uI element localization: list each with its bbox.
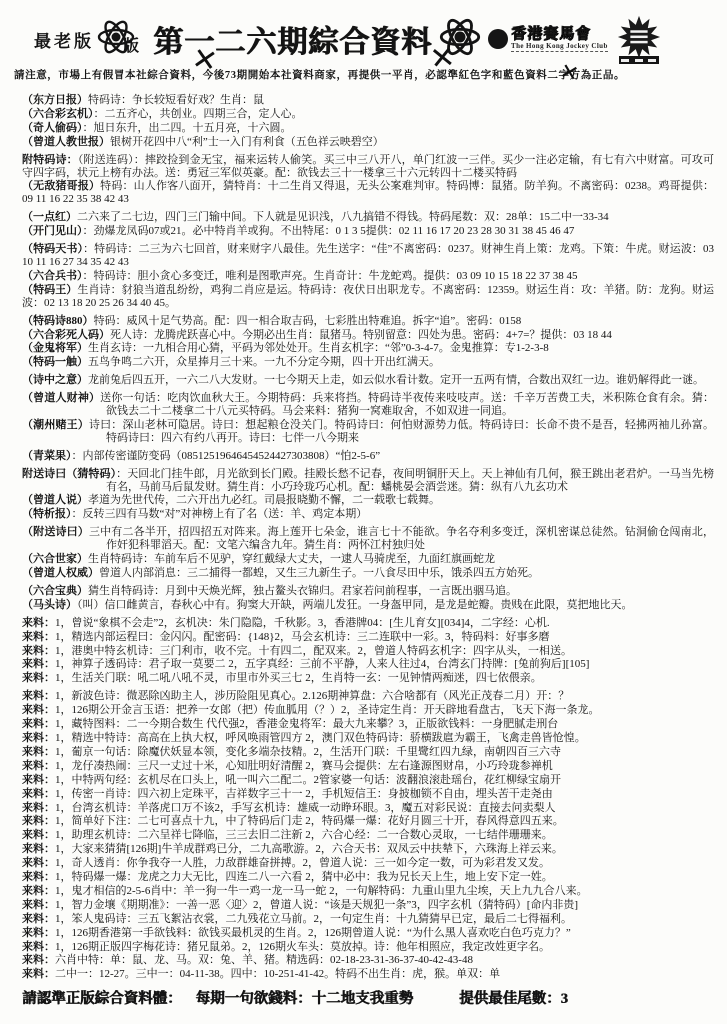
text-line: 来料：1，精选中特诗：高高在上执大权，呼风唤雨管四方 2，澳门双色特码诗：骄横跋…	[22, 732, 714, 745]
line-label: （曾道人财神）	[22, 392, 100, 404]
hkjc-name-en: The Hong Kong Jockey Club	[511, 42, 608, 50]
line-label: （诗中之意）	[22, 374, 88, 386]
line-label: 来料：	[22, 788, 55, 800]
text-line: 来料：1，曾说“象棋不会走”2，玄机决：朱门隐隐，千秋影。3，香港牌04：[生儿…	[22, 617, 714, 630]
text-line: （六合宝典）猜生肖特码诗：月到中天焕光辉，独占鳌头衣锦归。君家若问前程事，一言既…	[22, 585, 714, 598]
line-label: （东方日报）	[22, 94, 88, 106]
line-label: 来料：	[22, 732, 55, 744]
line-label: 来料：	[22, 704, 55, 716]
line-label: （六合彩玄机）	[22, 108, 94, 120]
text-line: 来料：1，126期香港第一手欲钱料：欲钱买最机灵的生肖。2，126期曾道人说：“…	[22, 927, 714, 940]
text-line: （东方日报）特码诗：争长较短看好戏？生肖：鼠	[22, 94, 714, 107]
line-label: 来料：	[22, 843, 55, 855]
line-label: 附特码诗：	[22, 154, 78, 166]
line-label: 来料：	[22, 857, 55, 869]
footer-best-tail-number: 提供最佳尾數：3	[459, 987, 568, 1008]
text-line: （奇人偷码）：旭日东升，出二四。十五月亮，十六圆。	[22, 122, 714, 135]
line-label: （无敌猪哥报）	[22, 180, 100, 192]
footer-line: 請認準正版綜合資料體： 每期一句欲錢料：十二地支我重勢 提供最佳尾數：3	[22, 987, 719, 1008]
line-label: 来料：	[22, 760, 55, 772]
line-label: 来料：	[22, 927, 55, 939]
text-line: （潮州赌王）诗曰：深山老林可隐居。诗曰：想起粮仓没关门。特码诗曰：何怕财源势力低…	[22, 419, 714, 445]
text-line: 来料：1，奇人透肖：你争我夺一人胜，力敌群雄奋拼搏。2，曾道人说：三一如今定一数…	[22, 857, 714, 870]
stamp-bar-icon	[619, 56, 659, 64]
line-label: 来料：	[22, 954, 55, 966]
line-label: 来料：	[22, 815, 55, 827]
line-label: 来料：	[22, 690, 55, 702]
text-line: 附特码诗：（附送连码）：摔跤捡到金无宝，福来运转人偷笑。买三中三八开八，单门红波…	[22, 154, 714, 180]
flower-logo-icon	[438, 15, 482, 64]
line-label: 来料：	[22, 885, 55, 897]
text-line: （附送诗曰）三中有二各半开，招四招五对阵来。海上莲开七朵金，谁言七十不能欲。争名…	[22, 526, 714, 552]
line-label: 来料：	[22, 718, 55, 730]
line-label: （曾道人说）	[22, 494, 88, 506]
text-line: （六合彩死人码）死人诗：龙腾虎跃喜心中。今期必出生肖：鼠猪马。特别留意：四处为患…	[22, 329, 714, 342]
line-label: 来料：	[22, 672, 55, 684]
line-label: （特析报）	[22, 508, 72, 520]
line-label: （开门见山）	[22, 225, 83, 237]
line-label: 来料：	[22, 774, 55, 786]
text-line: 来料：1，笨人鬼码诗：三五飞絮沾衣裳，二九残花立马前。2，一句定生肖：十九猜猜早…	[22, 913, 714, 926]
notice-line: 請注意，市場上有假冒本社綜合資料，今後73期開始本社資料商家，再提供一平肖，必認…	[0, 64, 727, 82]
text-line: 附送诗曰（猜特码）：天回北门挂牛郎，月光欲到长门殿。挂殿长愁不记春，夜间明铜肝天…	[22, 468, 714, 494]
text-line: （曾道人说）孝道为先世代传，二六开出九必红。司晨报晓勤不懈，二一载歌七载舞。	[22, 494, 714, 507]
line-label: （六合兵书）	[22, 270, 83, 282]
hkjc-dot-icon	[488, 29, 508, 49]
text-line: （六合彩玄机）：二五齐心，共创业。四期三合，定人心。	[22, 108, 714, 121]
line-label: （曾道人权威）	[22, 567, 99, 579]
page-title: 第一二六期綜合資料	[153, 17, 432, 61]
text-line: 来料：二中一：12-27。三中一：04-11-38。四中：10-251-41-4…	[22, 968, 714, 981]
text-line: 来料：1，生活关门联：吼二吼八吼不灵，市里市外买三七 2，生肖特一玄：一见钟情两…	[22, 672, 714, 685]
text-line: （马头诗）（叫）信口雌黄言，春秋心中有。狗窦大开缺，两端儿发狂。一身盔甲同，是龙…	[22, 599, 714, 612]
starburst-stamp-icon	[616, 14, 662, 64]
text-line: （特码王）生肖诗：豺狼当道乱纷纷，鸡狗二肖应是运。特码诗：夜伏日出职龙专。不离密…	[22, 284, 714, 310]
text-line: （曾道人财神）送你一句话：吃肉饮血秋大王。今期特码：兵来将挡。特码诗半夜传来吱吱…	[22, 392, 714, 418]
line-label: （六合彩死人码）	[22, 329, 110, 341]
line-label: 来料：	[22, 871, 55, 883]
hkjc-logo: 香港賽馬會 The Hong Kong Jockey Club	[488, 27, 608, 52]
line-label: （一点红）	[22, 211, 77, 223]
text-line: （曾道人教世报）银树开花四中八“利”士一入门有利食（五色祥云映碧空）	[22, 136, 714, 149]
text-line: 来料：1，台湾玄机诗：羊落虎口万不该2，手写玄机诗：雄威一动睁环眼。3，魔五对彩…	[22, 802, 714, 815]
line-label: （潮州赌王）	[22, 419, 89, 431]
text-line: 来料：1，龙仔凑热闹：三尺一丈过十米，心知肚明好清醒 2，赛马会提供：左右逢源图…	[22, 760, 714, 773]
text-line: 来料：1，鬼才相信的2-5-6肖中：羊一狗一牛一鸡一龙一马一蛇 2，一句解特码：…	[22, 885, 714, 898]
footer-authenticity-note: 請認準正版綜合資料體：	[22, 987, 182, 1008]
text-line: 来料：1，神算子透码诗：君子取一莫要二 2，五字真经：三前不平静，人来人往过4，…	[22, 658, 714, 671]
text-line: 来料：1，助理玄机诗：二六呈祥七降临，三三去旧二注新 2，六合心经：二一合数心灵…	[22, 829, 714, 842]
line-label: 来料：	[22, 899, 55, 911]
edition-suffix: 版	[123, 33, 139, 56]
footer-money-tip: 每期一句欲錢料：十二地支我重勢	[196, 987, 414, 1008]
line-label: 来料：	[22, 968, 55, 980]
text-line: （特码一触）五鸟争鸣二六开，众星捧月三十来。一九不分定今期，四十开出红满天。	[22, 356, 714, 369]
text-line: 来料：1，传密一肖诗：四六初上定珠平，吉祥数字三十一 2，手机短信王：身披枷锁不…	[22, 788, 714, 801]
line-label: 来料：	[22, 829, 55, 841]
text-line: （曾道人权威）曾道人内部消息：三二捕得一都蝗，又生三九新生子。一八食尽田中乐，饿…	[22, 567, 714, 580]
line-label: 来料：	[22, 802, 55, 814]
text-line: 来料：1，大家来猜猜[126期]牛羊成群鸡已分，二九高歌游。2，六合天书：双凤云…	[22, 843, 714, 856]
line-label: 来料：	[22, 941, 55, 953]
line-label: 来料：	[22, 631, 55, 643]
line-label: （特码一触）	[22, 356, 88, 368]
text-line: （六合世家）生肖特码诗：车前车后不见驴，穿红戴绿大丈夫，一逮人马骑虎至，九面红旗…	[22, 553, 714, 566]
text-line: 来料：1，新波色诗：微恶除凶助主人，涉历险阻见真心。2.126期神算盘：六合啥都…	[22, 690, 714, 703]
text-line: （一点红）二六来了二七边，四门三门输中间。下人就是见识浅，八九搞错不得钱。特码尾…	[22, 211, 714, 224]
text-line: 来料：1，港奥中特玄机诗：三门利市，收不完。十有四二，配双来。2，曾道人特码玄机…	[22, 645, 714, 658]
line-label: （六合世家）	[22, 553, 88, 565]
line-label: （曾道人教世报）	[22, 136, 110, 148]
text-line: （诗中之意）龙前兔后四五开，一六二八大发财。一七今期天上走，如云似水看计数。定开…	[22, 374, 714, 387]
text-line: 来料：1，126期公开金言玉语：把养一女郎（把）传血胍用（？）2，圣诗定生肖：开…	[22, 704, 714, 717]
text-line: 来料：1，中特两句经：玄机尽在口头上，吼一叫六二配二。2管家婆一句话：波翻浪滚赴…	[22, 774, 714, 787]
line-label: （特码天书）	[22, 243, 83, 255]
line-label: （附送诗曰）	[22, 526, 89, 538]
line-label: （青菜果）	[22, 450, 72, 462]
text-line: 来料：1，葡京一句话：除魔伏妖显本领，变化多端杂技精。2，生活开门联：千里鹭红四…	[22, 746, 714, 759]
content-lines: （东方日报）特码诗：争长较短看好戏？生肖：鼠（六合彩玄机）：二五齐心，共创业。四…	[0, 82, 727, 981]
hkjc-name-cn: 香港賽馬會	[511, 27, 608, 42]
text-line: （金鬼将军）生肖玄诗：一九相合用心猜，平码为邻处处开。生肖玄机字：“邻”0-3-…	[22, 342, 714, 355]
text-line: 来料：1，126期正版四字梅花诗：猪兄鼠弟。2，126期火车头：莫放掉。诗：他年…	[22, 941, 714, 954]
text-line: 来料：1，精选内部运程曰：金闪闪。配密码：{148}2，马会玄机诗：三二连联中一…	[22, 631, 714, 644]
text-line: 来料：1，智力金壤《期期准》：一善一恶〈迎〉2，曾道人说：“该是天规犯一条”3，…	[22, 899, 714, 912]
line-label: （马头诗）	[22, 599, 77, 611]
text-line: （特码诗880）特码：威风十足气势高。配：四一相合取吉码，七彩胜出特难追。拆字“…	[22, 315, 714, 328]
text-line: 来料：六肖中特：单：鼠、龙、马。双：兔、羊、猪。精选码：02-18-23-31-…	[22, 954, 714, 967]
lottery-info-sheet: 最老版 版 第一二六期綜合資料	[0, 0, 727, 1024]
text-line: 来料：1，藏特图料：二一今期合数生 代代强2，香港金鬼将军：最大九来攀？3，正版…	[22, 718, 714, 731]
line-label: 来料：	[22, 913, 55, 925]
line-label: 来料：	[22, 746, 55, 758]
line-label: 附送诗曰（猜特码）	[22, 468, 116, 480]
text-line: 来料：1，简单好下注：二七可喜点十九，中了特码后门走 2，特码爆一爆：花好月圆三…	[22, 815, 714, 828]
line-label: （特码王）	[22, 284, 77, 296]
text-line: （无敌猪哥报）特码：山人作客八面开，猜特肖：十二生肖又得退，无头公案难判审。特码…	[22, 180, 714, 206]
line-label: 来料：	[22, 645, 55, 657]
line-label: （六合宝典）	[22, 585, 88, 597]
line-label: （金鬼将军）	[22, 342, 88, 354]
masthead: 最老版 版 第一二六期綜合資料	[0, 0, 727, 64]
line-label: （特码诗880）	[22, 315, 94, 327]
text-line: （特码天书）：特码诗：二三为六七回首，财来财字八最佳。先生送字：“佳”不离密码：…	[22, 243, 714, 269]
text-line: （特析报）：反转三四有马数“对”对神榜上有了名（送：羊、鸡定本期）	[22, 508, 714, 521]
text-line: （六合兵书）：特码诗：胆小贪心多变迁，唯利是图歌声亮。生肖奇计：牛龙蛇鸡。提供：…	[22, 270, 714, 283]
text-line: 来料：1，特码爆一爆：龙虎之力大无比，四连二八一六看 2，猜中必中：我为兄长天上…	[22, 871, 714, 884]
line-label: 来料：	[22, 658, 55, 670]
edition-label: 最老版	[34, 27, 94, 52]
line-label: （奇人偷码）	[22, 122, 83, 134]
text-line: （开门见山）：劲爆龙凤码07或21。必中特肖羊或狗。不出特尾：0 1 3 5提供…	[22, 225, 714, 238]
line-label: 来料：	[22, 617, 55, 629]
text-line: （青菜果）：内部传密谨防变码（0851251964645452442730380…	[22, 450, 714, 463]
